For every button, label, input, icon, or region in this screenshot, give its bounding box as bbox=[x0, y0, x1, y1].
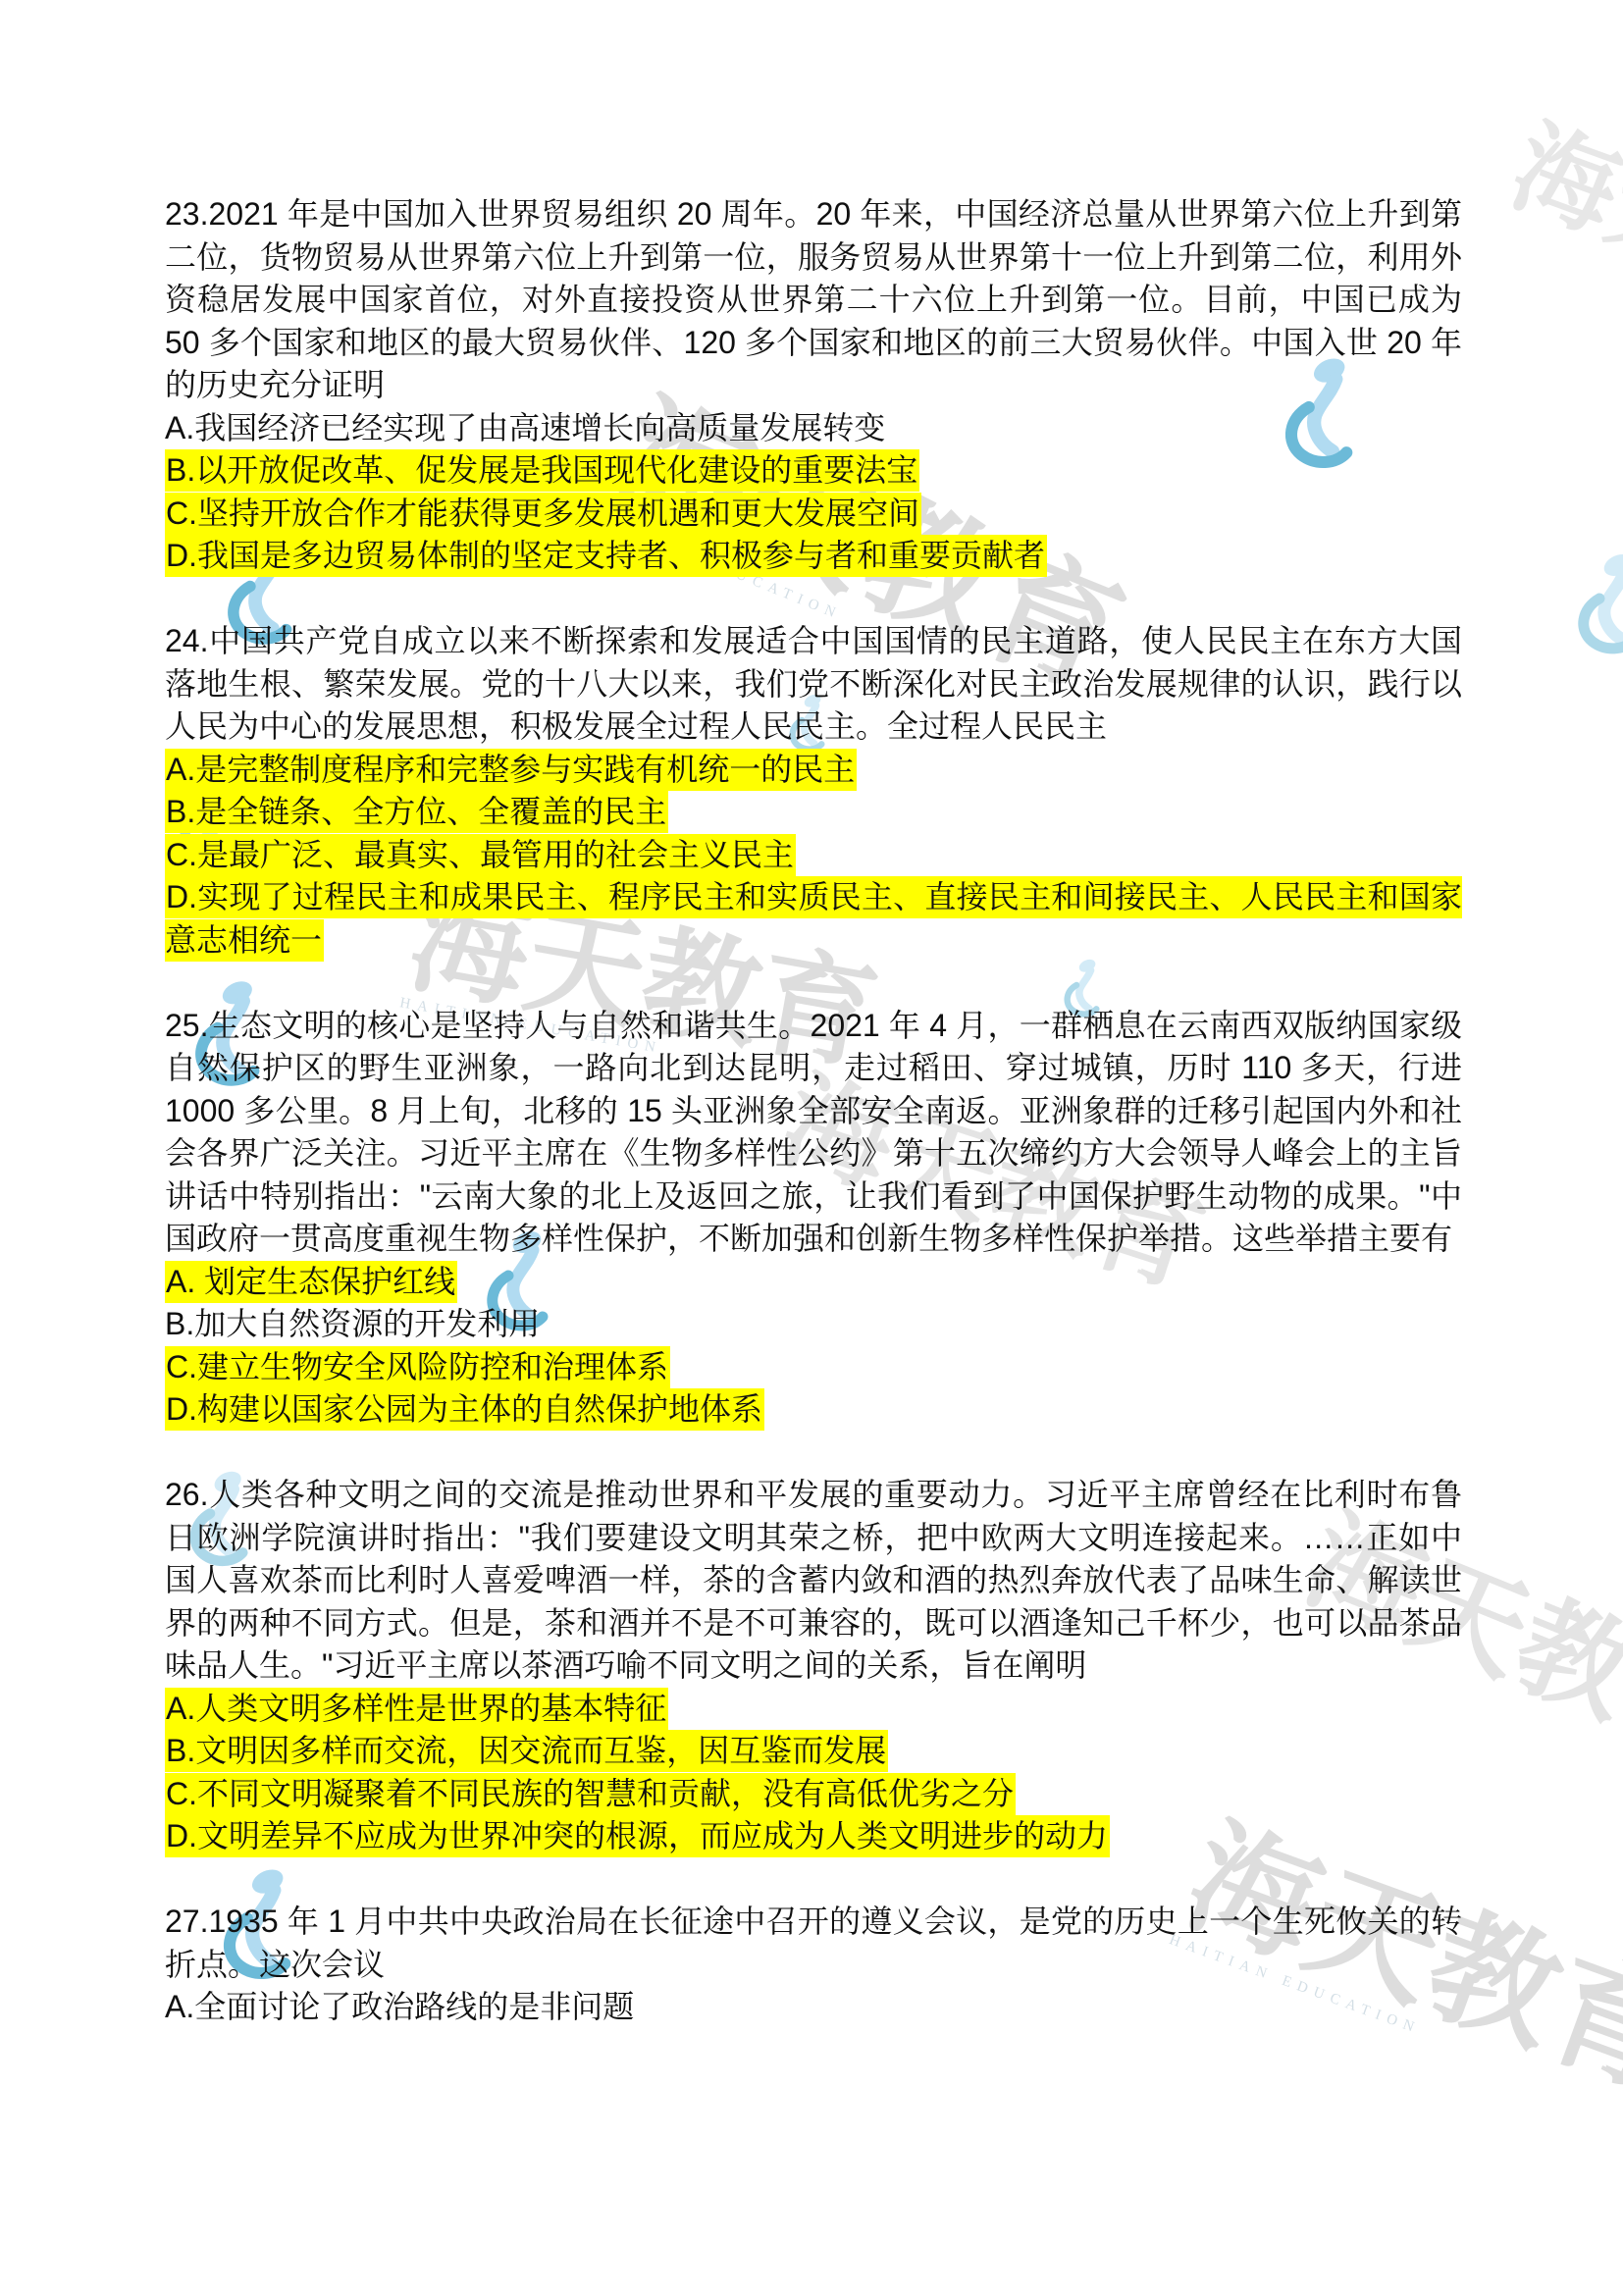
question-27-option-a: A.全面讨论了政治路线的是非问题 bbox=[165, 1986, 1462, 2029]
question-25: 25.生态文明的核心是坚持人与自然和谐共生。2021 年 4 月，一群栖息在云南… bbox=[165, 1005, 1462, 1432]
highlighted-answer: A.人类文明多样性是世界的基本特征 bbox=[165, 1688, 668, 1730]
question-24-option-b: B.是全链条、全方位、全覆盖的民主 bbox=[165, 791, 1462, 834]
question-23-option-a: A.我国经济已经实现了由高速增长向高质量发展转变 bbox=[165, 407, 1462, 450]
highlighted-answer: D.构建以国家公园为主体的自然保护地体系 bbox=[165, 1388, 764, 1431]
highlighted-answer: C.不同文明凝聚着不同民族的智慧和贡献，没有高低优劣之分 bbox=[165, 1773, 1016, 1815]
exam-page-content: 23.2021 年是中国加入世界贸易组织 20 周年。20 年来，中国经济总量从… bbox=[165, 0, 1462, 2071]
highlighted-answer: A.是完整制度程序和完整参与实践有机统一的民主 bbox=[165, 749, 857, 791]
question-24-option-c: C.是最广泛、最真实、最管用的社会主义民主 bbox=[165, 834, 1462, 877]
highlighted-answer: D.我国是多边贸易体制的坚定支持者、积极参与者和重要贡献者 bbox=[165, 535, 1047, 577]
question-24: 24.中国共产党自成立以来不断探索和发展适合中国国情的民主道路，使人民民主在东方… bbox=[165, 620, 1462, 962]
question-26-option-d: D.文明差异不应成为世界冲突的根源，而应成为人类文明进步的动力 bbox=[165, 1815, 1462, 1858]
question-25-option-b: B.加大自然资源的开发利用 bbox=[165, 1303, 1462, 1346]
question-25-option-d: D.构建以国家公园为主体的自然保护地体系 bbox=[165, 1388, 1462, 1432]
highlighted-answer: C.坚持开放合作才能获得更多发展机遇和更大发展空间 bbox=[165, 493, 921, 535]
question-23-option-d: D.我国是多边贸易体制的坚定支持者、积极参与者和重要贡献者 bbox=[165, 535, 1462, 578]
calligraphy-watermark: 海天教育 bbox=[1498, 113, 1623, 355]
question-23-stem: 23.2021 年是中国加入世界贸易组织 20 周年。20 年来，中国经济总量从… bbox=[165, 193, 1462, 407]
question-26-option-b: B.文明因多样而交流，因交流而互鉴，因互鉴而发展 bbox=[165, 1730, 1462, 1773]
question-25-option-c: C.建立生物安全风险防控和治理体系 bbox=[165, 1346, 1462, 1389]
question-24-stem: 24.中国共产党自成立以来不断探索和发展适合中国国情的民主道路，使人民民主在东方… bbox=[165, 620, 1462, 749]
question-24-option-a: A.是完整制度程序和完整参与实践有机统一的民主 bbox=[165, 749, 1462, 792]
question-25-stem: 25.生态文明的核心是坚持人与自然和谐共生。2021 年 4 月，一群栖息在云南… bbox=[165, 1005, 1462, 1261]
question-25-option-a: A. 划定生态保护红线 bbox=[165, 1261, 1462, 1304]
highlighted-answer: A. 划定生态保护红线 bbox=[165, 1261, 457, 1303]
highlighted-answer: C.建立生物安全风险防控和治理体系 bbox=[165, 1346, 670, 1388]
question-26-option-c: C.不同文明凝聚着不同民族的智慧和贡献，没有高低优劣之分 bbox=[165, 1773, 1462, 1816]
question-27: 27.1935 年 1 月中共中央政治局在长征途中召开的遵义会议，是党的历史上一… bbox=[165, 1901, 1462, 2029]
highlighted-answer: C.是最广泛、最真实、最管用的社会主义民主 bbox=[165, 834, 796, 876]
highlighted-answer: B.以开放促改革、促发展是我国现代化建设的重要法宝 bbox=[165, 449, 919, 492]
highlighted-answer: B.是全链条、全方位、全覆盖的民主 bbox=[165, 791, 668, 833]
highlighted-answer: D.文明差异不应成为世界冲突的根源，而应成为人类文明进步的动力 bbox=[165, 1815, 1110, 1857]
question-23-option-b: B.以开放促改革、促发展是我国现代化建设的重要法宝 bbox=[165, 449, 1462, 493]
highlighted-answer: B.文明因多样而交流，因交流而互鉴，因互鉴而发展 bbox=[165, 1730, 888, 1772]
question-24-option-d: D.实现了过程民主和成果民主、程序民主和实质民主、直接民主和间接民主、人民民主和… bbox=[165, 876, 1462, 962]
highlighted-answer: D.实现了过程民主和成果民主、程序民主和实质民主、直接民主和间接民主、人民民主和… bbox=[165, 876, 1462, 962]
calligraphy-text: 海天教育 bbox=[1497, 109, 1623, 358]
question-26-option-a: A.人类文明多样性是世界的基本特征 bbox=[165, 1688, 1462, 1731]
page: { "page": { "background_color": "#ffffff… bbox=[0, 0, 1623, 2296]
question-26: 26.人类各种文明之间的交流是推动世界和平发展的重要动力。习近平主席曾经在比利时… bbox=[165, 1474, 1462, 1858]
haitian-logo-icon bbox=[1562, 549, 1623, 659]
question-23: 23.2021 年是中国加入世界贸易组织 20 周年。20 年来，中国经济总量从… bbox=[165, 193, 1462, 578]
question-23-option-c: C.坚持开放合作才能获得更多发展机遇和更大发展空间 bbox=[165, 493, 1462, 536]
question-26-stem: 26.人类各种文明之间的交流是推动世界和平发展的重要动力。习近平主席曾经在比利时… bbox=[165, 1474, 1462, 1688]
question-27-stem: 27.1935 年 1 月中共中央政治局在长征途中召开的遵义会议，是党的历史上一… bbox=[165, 1901, 1462, 1986]
